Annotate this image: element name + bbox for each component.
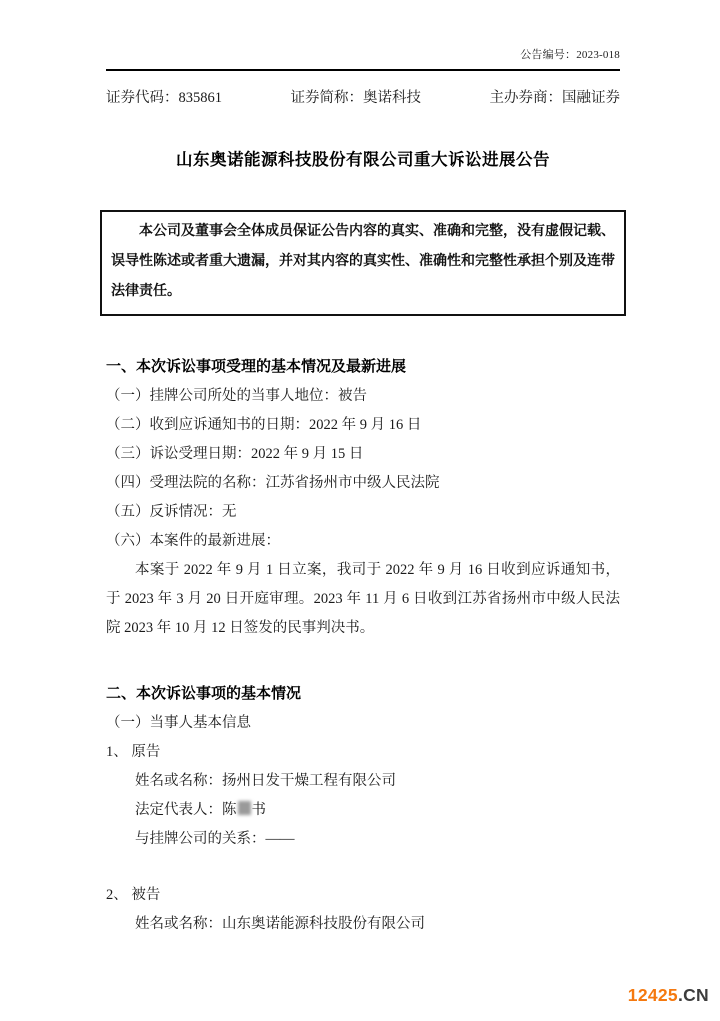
watermark-number: 12425 — [628, 985, 678, 1005]
section-2-heading: 二、本次诉讼事项的基本情况 — [106, 680, 620, 709]
litigation-item-court: （四）受理法院的名称：江苏省扬州市中级人民法院 — [106, 469, 620, 498]
plaintiff-label: 1、 原告 — [106, 738, 620, 767]
announcement-number: 公告编号：2023-018 — [106, 0, 620, 62]
watermark-suffix: .CN — [678, 985, 709, 1005]
section-1-heading: 一、本次诉讼事项受理的基本情况及最新进展 — [106, 353, 620, 382]
plaintiff-name: 姓名或名称：扬州日发干燥工程有限公司 — [106, 767, 620, 796]
litigation-item-latest-progress: （六）本案件的最新进展： — [106, 527, 620, 556]
securities-header: 证券代码：835861 证券简称：奥诺科技 主办券商：国融证券 — [106, 86, 620, 107]
disclaimer-text: 本公司及董事会全体成员保证公告内容的真实、准确和完整，没有虚假记载、误导性陈述或… — [111, 217, 615, 307]
litigation-item-counterclaim: （五）反诉情况：无 — [106, 498, 620, 527]
plaintiff-relation: 与挂牌公司的关系：—— — [106, 825, 620, 854]
sponsor-broker: 主办券商：国融证券 — [490, 86, 621, 107]
defendant-name: 姓名或名称：山东奥诺能源科技股份有限公司 — [106, 910, 620, 939]
plaintiff-legal-representative: 法定代表人：陈书 — [106, 796, 620, 825]
litigation-item-accept-date: （三）诉讼受理日期：2022 年 9 月 15 日 — [106, 440, 620, 469]
header-divider — [106, 69, 620, 71]
progress-paragraph: 本案于 2022 年 9 月 1 日立案，我司于 2022 年 9 月 16 日… — [106, 556, 620, 643]
redacted-character — [238, 801, 251, 815]
announcement-page: 公告编号：2023-018 证券代码：835861 证券简称：奥诺科技 主办券商… — [0, 0, 720, 1021]
litigation-item-party-status: （一）挂牌公司所处的当事人地位：被告 — [106, 382, 620, 411]
section-2: 二、本次诉讼事项的基本情况 （一）当事人基本信息 1、 原告 姓名或名称：扬州日… — [106, 680, 620, 939]
legal-rep-prefix: 法定代表人：陈 — [135, 802, 237, 818]
litigation-item-notice-date: （二）收到应诉通知书的日期：2022 年 9 月 16 日 — [106, 411, 620, 440]
stock-code: 证券代码：835861 — [106, 86, 222, 107]
legal-rep-suffix: 书 — [252, 802, 267, 818]
stock-short-name: 证券简称：奥诺科技 — [291, 86, 422, 107]
section-1: 一、本次诉讼事项受理的基本情况及最新进展 （一）挂牌公司所处的当事人地位：被告 … — [106, 353, 620, 643]
document-body: 公告编号：2023-018 证券代码：835861 证券简称：奥诺科技 主办券商… — [106, 0, 620, 939]
defendant-label: 2、 被告 — [106, 881, 620, 910]
disclaimer-box: 本公司及董事会全体成员保证公告内容的真实、准确和完整，没有虚假记载、误导性陈述或… — [100, 210, 626, 316]
parties-subheading: （一）当事人基本信息 — [106, 709, 620, 738]
site-watermark: 12425.CN — [628, 985, 709, 1006]
document-title: 山东奥诺能源科技股份有限公司重大诉讼进展公告 — [106, 146, 620, 170]
